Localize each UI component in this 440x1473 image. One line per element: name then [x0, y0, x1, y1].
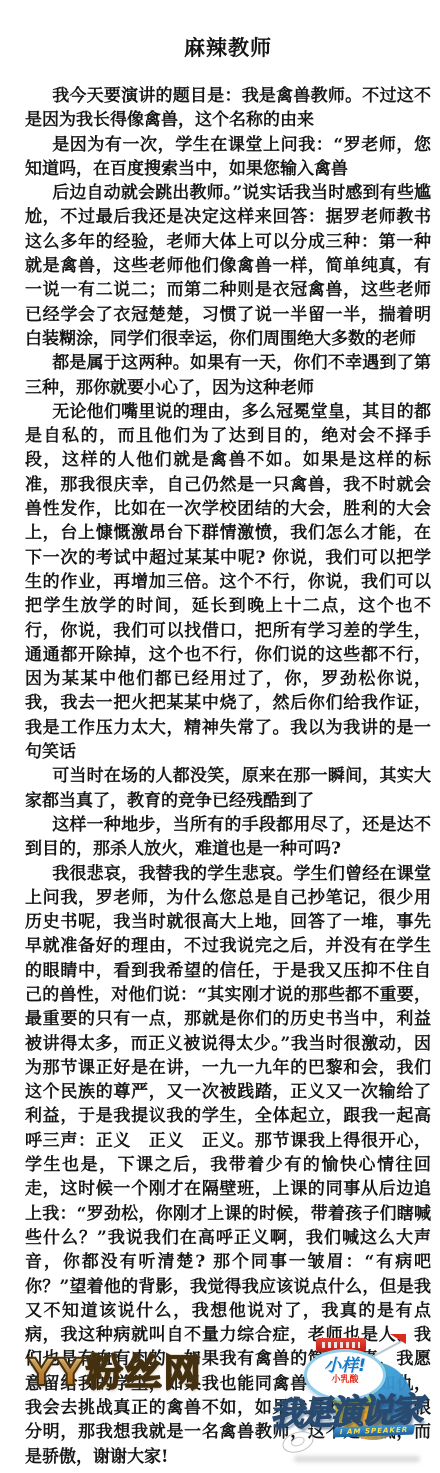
logo-subtitle: I AM SPEAKER — [333, 1425, 415, 1438]
logo-blur-text — [294, 1456, 420, 1462]
flag-cloth-icon — [390, 1334, 406, 1344]
article: 麻辣教师 我今天要演讲的题目是：我是禽兽教师。不过这不是因为我长得像禽兽，这个名… — [25, 32, 431, 1469]
sponsor-subtitle: 小乳酸 — [307, 1375, 383, 1385]
paragraph: 后边自动就会跳出教师。”说实话我当时感到有些尴尬，不过最后我还是决定这样来回答：… — [25, 181, 431, 351]
sponsor-name: 小样! — [307, 1358, 383, 1375]
page-title: 麻辣教师 — [25, 32, 431, 62]
page: 麻辣教师 我今天要演讲的题目是：我是禽兽教师。不过这不是因为我长得像禽兽，这个名… — [0, 0, 440, 1473]
paragraph: 我今天要演讲的题目是：我是禽兽教师。不过这不是因为我长得像禽兽，这个名称的由来 — [25, 84, 431, 133]
paragraph: 可当时在场的人都没笑，原来在那一瞬间，其实大家都当真了，教育的竞争已经残酷到了 — [25, 764, 431, 813]
watermark-text: YY粉丝网 — [28, 1342, 203, 1396]
paragraph: 都是属于这两种。如果有一天，你们不幸遇到了第三种，那你就要小心了，因为这种老师 — [25, 351, 431, 400]
paragraph: 无论他们嘴里说的理由，多么冠冕堂皇，其目的都是自私的，而且他们为了达到目的，绝对… — [25, 400, 431, 764]
sponsor-banner-text-blur — [322, 1342, 360, 1348]
paragraph: 这样一种地步，当所有的手段都用尽了，还是达不到目的，那杀人放火，难道也是一种可吗… — [25, 813, 431, 862]
article-body: 我今天要演讲的题目是：我是禽兽教师。不过这不是因为我长得像禽兽，这个名称的由来 … — [25, 84, 431, 1469]
paragraph: 是因为有一次，学生在课堂上问我：“罗老师，您知道吗，在百度搜索当中，如果您输入禽… — [25, 133, 431, 182]
show-logo: 小样! 小乳酸 我是演说家 I AM SPEAKER — [276, 1336, 438, 1468]
